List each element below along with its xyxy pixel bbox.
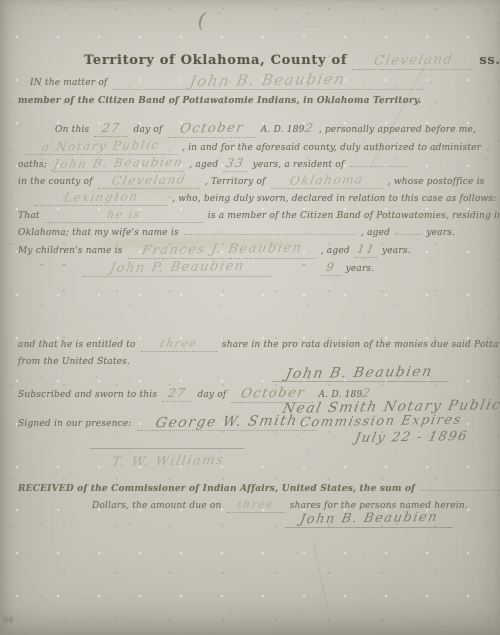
affiant-signature-line: John B. Beaubien — [272, 363, 447, 382]
received-line: RECEIVED of the Commissioner of Indian A… — [18, 477, 500, 495]
matter-name-field: John B. Beaubien — [113, 71, 423, 90]
scanned-affidavit-document: ( 00 Territory of Oklahoma, County of Cl… — [0, 0, 500, 635]
expire-date-handwriting: July 22 - 1896 — [353, 430, 469, 447]
postoffice-label: , whose postoffice is — [388, 177, 485, 187]
territory-county-label: Territory of Oklahoma, County of — [84, 53, 347, 68]
date-line: On this 27 day of October A. D. 1892 , p… — [55, 118, 476, 138]
shares-handwriting: three — [236, 499, 276, 512]
years-label: years. — [426, 228, 455, 238]
received-label: RECEIVED of the Commissioner of Indian A… — [18, 484, 415, 494]
wife-label: Oklahoma; that my wife's name is — [18, 228, 179, 238]
child1-line: My children's name is Frances J. Beaubie… — [18, 239, 411, 259]
child2-line: ″ ″ John P. Beaubien ″ 9 years. — [40, 257, 374, 277]
header-line: Territory of Oklahoma, County of Clevela… — [84, 50, 500, 70]
years3-label: years. — [346, 264, 375, 274]
shares-field: three — [227, 494, 285, 513]
is-member-label: is a member of the Citizen Band of Potta… — [208, 211, 500, 221]
receipt-signature-field: John B. Beaubien — [285, 508, 453, 528]
witness2-field: T. W. Williams — [90, 448, 245, 470]
entitled-label: and that he is entitled to — [18, 340, 136, 350]
years2-label: years. — [382, 246, 411, 256]
child1-age-field: 11 — [355, 239, 377, 258]
affiant-signature-handwriting: John B. Beaubien — [284, 364, 434, 383]
child2-age-handwriting: 9 — [325, 261, 337, 275]
aged2-label: , aged — [361, 228, 390, 238]
that-handwriting: he is — [106, 209, 142, 222]
jurat-day-of-label: day of — [197, 390, 226, 400]
receipt-signature-line: John B. Beaubien — [285, 508, 453, 528]
matter-label: IN the matter of — [30, 78, 107, 88]
child2-age-field: 9 — [321, 257, 341, 276]
day-field: 27 — [94, 118, 128, 137]
child2-field: John P. Beaubien — [83, 257, 271, 277]
ss-label: ss. — [479, 53, 500, 68]
subscribed-label: Subscribed and sworn to this — [18, 390, 157, 400]
territory-of-label: , Territory of — [205, 177, 266, 187]
from-us-line: from the United States. — [18, 350, 130, 368]
year-digit-handwriting: 2 — [303, 122, 315, 136]
affiant-signature-field: John B. Beaubien — [272, 363, 447, 382]
jurat-day-handwriting: 27 — [167, 387, 188, 401]
witness2-line: T. W. Williams — [90, 448, 245, 470]
share-handwriting: three — [159, 338, 199, 351]
child2-handwriting: John P. Beaubien — [108, 260, 246, 277]
witness1-handwriting: George W. Smith — [154, 413, 299, 432]
appeared-label: , personally appeared before me, — [319, 125, 476, 135]
ditto-mark: ″ — [62, 264, 65, 274]
presence-label: Signed in our presence: — [18, 419, 132, 429]
that-label: That — [18, 211, 40, 221]
expire-date-line: July 22 - 1896 — [355, 427, 468, 446]
day-handwriting: 27 — [101, 122, 122, 136]
in-county-label: in the county of — [18, 177, 93, 187]
paper-scratch — [313, 541, 329, 610]
from-us-label: from the United States. — [18, 357, 130, 367]
member-line: member of the Citizen Band of Pottawatom… — [18, 89, 422, 107]
pencil-paren-mark: ( — [195, 7, 208, 32]
age-handwriting: 33 — [225, 157, 246, 171]
matter-line: IN the matter of John B. Beaubien — [30, 71, 423, 90]
witness1-field: George W. Smith — [137, 412, 317, 431]
aged3-label: , aged — [321, 246, 350, 256]
duly-sworn-label: , who, being duly sworn, declared in rel… — [172, 194, 496, 204]
share-clause-label: share in the pro rata division of the mo… — [222, 340, 500, 350]
wife-line: Oklahoma; that my wife's name is , aged … — [18, 221, 455, 239]
sum-blank — [420, 490, 500, 491]
wife-name-blank — [184, 234, 356, 235]
wife-age-blank — [395, 234, 421, 235]
ad-label: A. D. 189 — [261, 125, 305, 135]
on-this-label: On this — [55, 125, 89, 135]
receipt-signature-handwriting: John B. Beaubien — [298, 511, 439, 528]
county-field: Cleveland — [352, 50, 474, 70]
ditto-mark: ″ — [40, 264, 43, 274]
ditto-mark: ″ — [302, 264, 305, 274]
dollars-pre-label: Dollars, the amount due on — [92, 501, 222, 511]
jurat-day-field: 27 — [162, 383, 192, 402]
authorized-label: , in and for the aforesaid county, duly … — [182, 143, 481, 153]
child1-field: Frances J. Beaubien — [128, 239, 316, 259]
county-handwriting: Cleveland — [372, 53, 454, 69]
witness2-handwriting: T. W. Williams — [110, 454, 225, 471]
child1-age-handwriting: 11 — [355, 243, 376, 257]
presence-line: Signed in our presence: George W. Smith — [18, 412, 317, 431]
corner-number-mark: 00 — [3, 616, 14, 626]
member-statement: member of the Citizen Band of Pottawatom… — [18, 96, 422, 106]
day-of-label: day of — [134, 125, 163, 135]
matter-name-handwriting: John B. Beaubien — [188, 71, 347, 91]
children-label: My children's name is — [18, 246, 122, 256]
oaths-label: oaths; — [18, 160, 47, 170]
residence-blank — [350, 166, 408, 167]
share-field: three — [141, 333, 217, 352]
